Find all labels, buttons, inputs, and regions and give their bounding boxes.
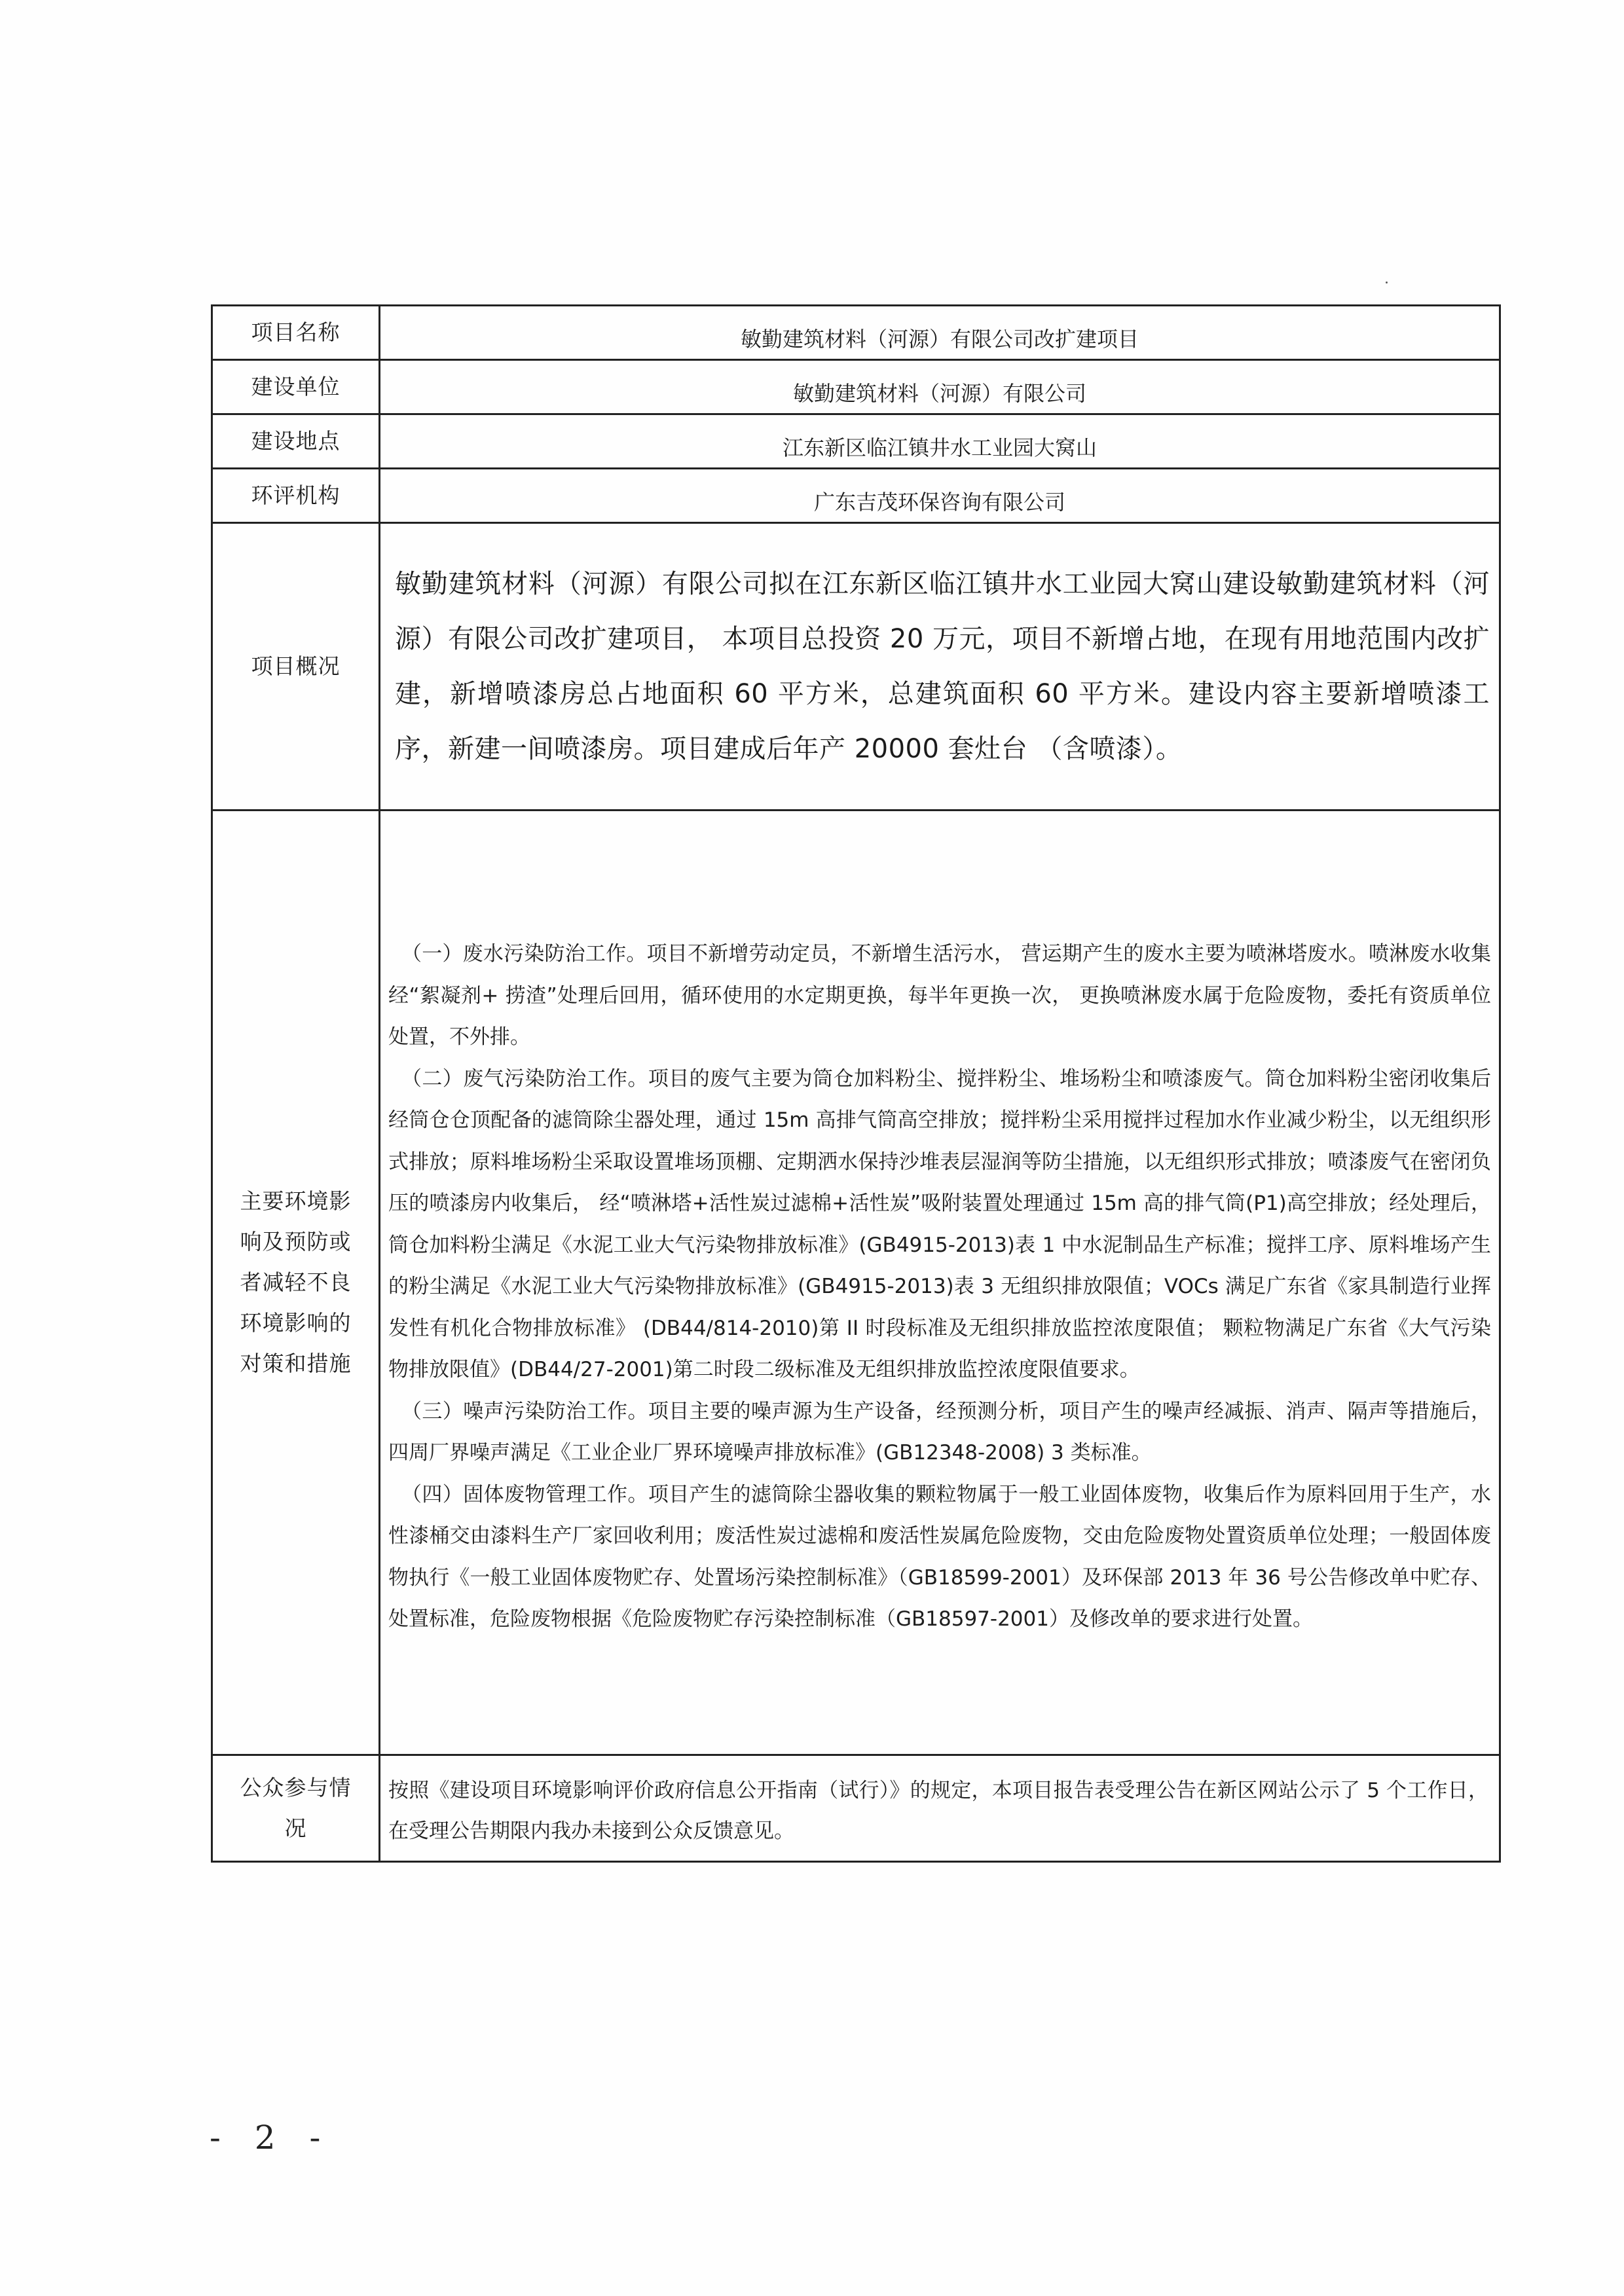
solid-waste-paragraph: （四）固体废物管理工作。项目产生的滤筒除尘器收集的颗粒物属于一般工业固体废物，收… — [388, 1474, 1491, 1641]
measures-label-line: 对策和措施 — [237, 1343, 355, 1384]
measures-label-line: 响及预防或 — [237, 1222, 355, 1262]
eia-agency-label: 环评机构 — [213, 475, 378, 516]
row-builder: 建设单位 敏勤建筑材料（河源）有限公司 — [212, 360, 1500, 414]
public-participation-text: 按照《建设项目环境影响评价政府信息公开指南（试行）》的规定，本项目报告表受理公告… — [380, 1765, 1499, 1851]
public-label-line: 况 — [237, 1808, 355, 1849]
measures-text: （一）废水污染防治工作。项目不新增劳动定员，不新增生活污水， 营运期产生的废水主… — [380, 924, 1499, 1641]
row-measures: 主要环境影 响及预防或 者减轻不良 环境影响的 对策和措施 （一）废水污染防治工… — [212, 811, 1500, 1755]
document-page: 项目名称 敏勤建筑材料（河源）有限公司改扩建项目 建设单位 敏勤建筑材料（河源）… — [0, 0, 1624, 2296]
overview-label: 项目概况 — [213, 646, 378, 687]
value-cell: 按照《建设项目环境影响评价政府信息公开指南（试行）》的规定，本项目报告表受理公告… — [380, 1755, 1500, 1862]
overview-text: 敏勤建筑材料（河源）有限公司拟在江东新区临江镇井水工业园大窝山建设敏勤建筑材料（… — [380, 556, 1499, 776]
row-overview: 项目概况 敏勤建筑材料（河源）有限公司拟在江东新区临江镇井水工业园大窝山建设敏勤… — [212, 523, 1500, 811]
row-project-name: 项目名称 敏勤建筑材料（河源）有限公司改扩建项目 — [212, 306, 1500, 360]
value-cell: 广东吉茂环保咨询有限公司 — [380, 469, 1500, 523]
measures-label-line: 环境影响的 — [237, 1303, 355, 1343]
value-cell: 江东新区临江镇井水工业园大窝山 — [380, 414, 1500, 469]
location-label: 建设地点 — [213, 421, 378, 462]
builder-label: 建设单位 — [213, 367, 378, 407]
value-cell: 敏勤建筑材料（河源）有限公司拟在江东新区临江镇井水工业园大窝山建设敏勤建筑材料（… — [380, 523, 1500, 811]
project-name-label: 项目名称 — [213, 312, 378, 353]
label-cell: 项目名称 — [212, 306, 380, 360]
measures-label-line: 主要环境影 — [237, 1181, 355, 1222]
label-cell: 项目概况 — [212, 523, 380, 811]
row-eia-agency: 环评机构 广东吉茂环保咨询有限公司 — [212, 469, 1500, 523]
waste-gas-paragraph: （二）废气污染防治工作。项目的废气主要为筒仓加料粉尘、搅拌粉尘、堆场粉尘和喷漆废… — [388, 1059, 1491, 1391]
page-number: - 2 - — [210, 2119, 332, 2157]
label-cell: 主要环境影 响及预防或 者减轻不良 环境影响的 对策和措施 — [212, 811, 380, 1755]
scan-artifact — [1386, 282, 1388, 283]
builder-value: 敏勤建筑材料（河源）有限公司 — [380, 367, 1499, 407]
label-cell: 建设地点 — [212, 414, 380, 469]
measures-label: 主要环境影 响及预防或 者减轻不良 环境影响的 对策和措施 — [237, 1181, 355, 1384]
label-cell: 环评机构 — [212, 469, 380, 523]
label-cell: 建设单位 — [212, 360, 380, 414]
eia-agency-value: 广东吉茂环保咨询有限公司 — [380, 475, 1499, 516]
label-cell: 公众参与情 况 — [212, 1755, 380, 1862]
project-name-value: 敏勤建筑材料（河源）有限公司改扩建项目 — [380, 312, 1499, 353]
project-info-table: 项目名称 敏勤建筑材料（河源）有限公司改扩建项目 建设单位 敏勤建筑材料（河源）… — [211, 304, 1501, 1863]
wastewater-paragraph: （一）废水污染防治工作。项目不新增劳动定员，不新增生活污水， 营运期产生的废水主… — [388, 934, 1491, 1059]
value-cell: 敏勤建筑材料（河源）有限公司改扩建项目 — [380, 306, 1500, 360]
public-participation-label: 公众参与情 况 — [237, 1768, 355, 1849]
value-cell: 敏勤建筑材料（河源）有限公司 — [380, 360, 1500, 414]
row-location: 建设地点 江东新区临江镇井水工业园大窝山 — [212, 414, 1500, 469]
value-cell: （一）废水污染防治工作。项目不新增劳动定员，不新增生活污水， 营运期产生的废水主… — [380, 811, 1500, 1755]
row-public-participation: 公众参与情 况 按照《建设项目环境影响评价政府信息公开指南（试行）》的规定，本项… — [212, 1755, 1500, 1862]
public-label-line: 公众参与情 — [237, 1768, 355, 1808]
measures-label-line: 者减轻不良 — [237, 1262, 355, 1303]
noise-paragraph: （三）噪声污染防治工作。项目主要的噪声源为生产设备，经预测分析，项目产生的噪声经… — [388, 1391, 1491, 1474]
location-value: 江东新区临江镇井水工业园大窝山 — [380, 421, 1499, 462]
